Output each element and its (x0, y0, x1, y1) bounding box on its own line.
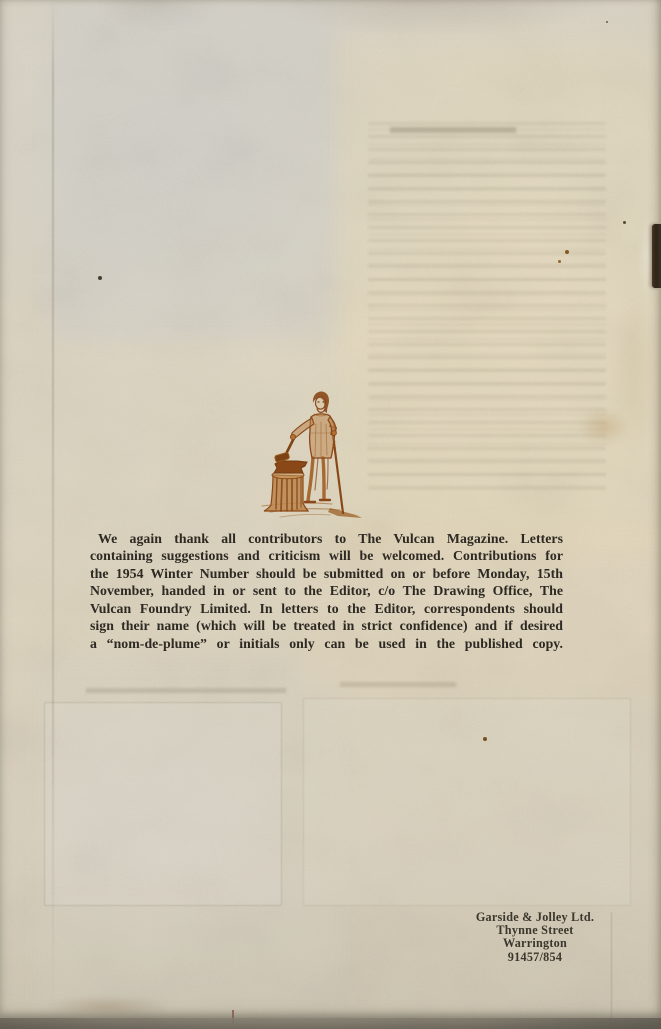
ink-speck (98, 276, 102, 280)
showthrough-caption-right (340, 682, 456, 687)
editor-notice-paragraph: We again thank all contributors to The V… (90, 530, 563, 652)
notice-line: November, handed in or sent to the Edito… (90, 582, 563, 599)
vulcan-figure-drawing (250, 380, 400, 520)
notice-line: the 1954 Winter Number should be submitt… (90, 565, 563, 582)
notice-line: containing suggestions and criticism wil… (90, 547, 563, 564)
printer-city: Warrington (467, 937, 603, 950)
scanned-magazine-page: We again thank all contributors to The V… (0, 0, 661, 1029)
notice-line: a “nom-de-plume” or initials only can be… (90, 635, 563, 652)
paper-tone-cool-upper-left (50, 0, 336, 340)
vertical-crease (52, 0, 54, 1008)
showthrough-caption-left (86, 688, 286, 693)
foxing-speck (483, 737, 487, 741)
printer-job-number: 91457/854 (467, 951, 603, 964)
foxing-speck (565, 250, 569, 254)
bottom-right-crease (611, 912, 612, 1024)
notice-line: sign their name (which will be treated i… (90, 617, 563, 634)
bottom-left-stain (46, 996, 166, 1018)
scan-bottom-edge (0, 1018, 661, 1029)
notice-line: We again thank all contributors to The V… (90, 530, 563, 547)
vulcan-blacksmith-illustration (250, 380, 400, 520)
red-fiber-mark (232, 1010, 234, 1024)
ink-speck (606, 21, 608, 23)
tan-stain (578, 408, 630, 446)
showthrough-text-column (368, 122, 606, 490)
showthrough-heading (390, 127, 516, 133)
ink-speck (623, 221, 626, 224)
foxing-speck (558, 260, 561, 263)
showthrough-photo-frame-left (44, 702, 282, 906)
right-edge-stain (612, 290, 656, 460)
paper-tone-cool-lower-left (38, 660, 338, 1010)
notice-line: Vulcan Foundry Limited. In letters to th… (90, 600, 563, 617)
showthrough-photo-frame-right (303, 698, 631, 906)
staple-mark (652, 224, 661, 288)
printer-imprint: Garside & Jolley Ltd. Thynne Street Warr… (467, 911, 603, 964)
